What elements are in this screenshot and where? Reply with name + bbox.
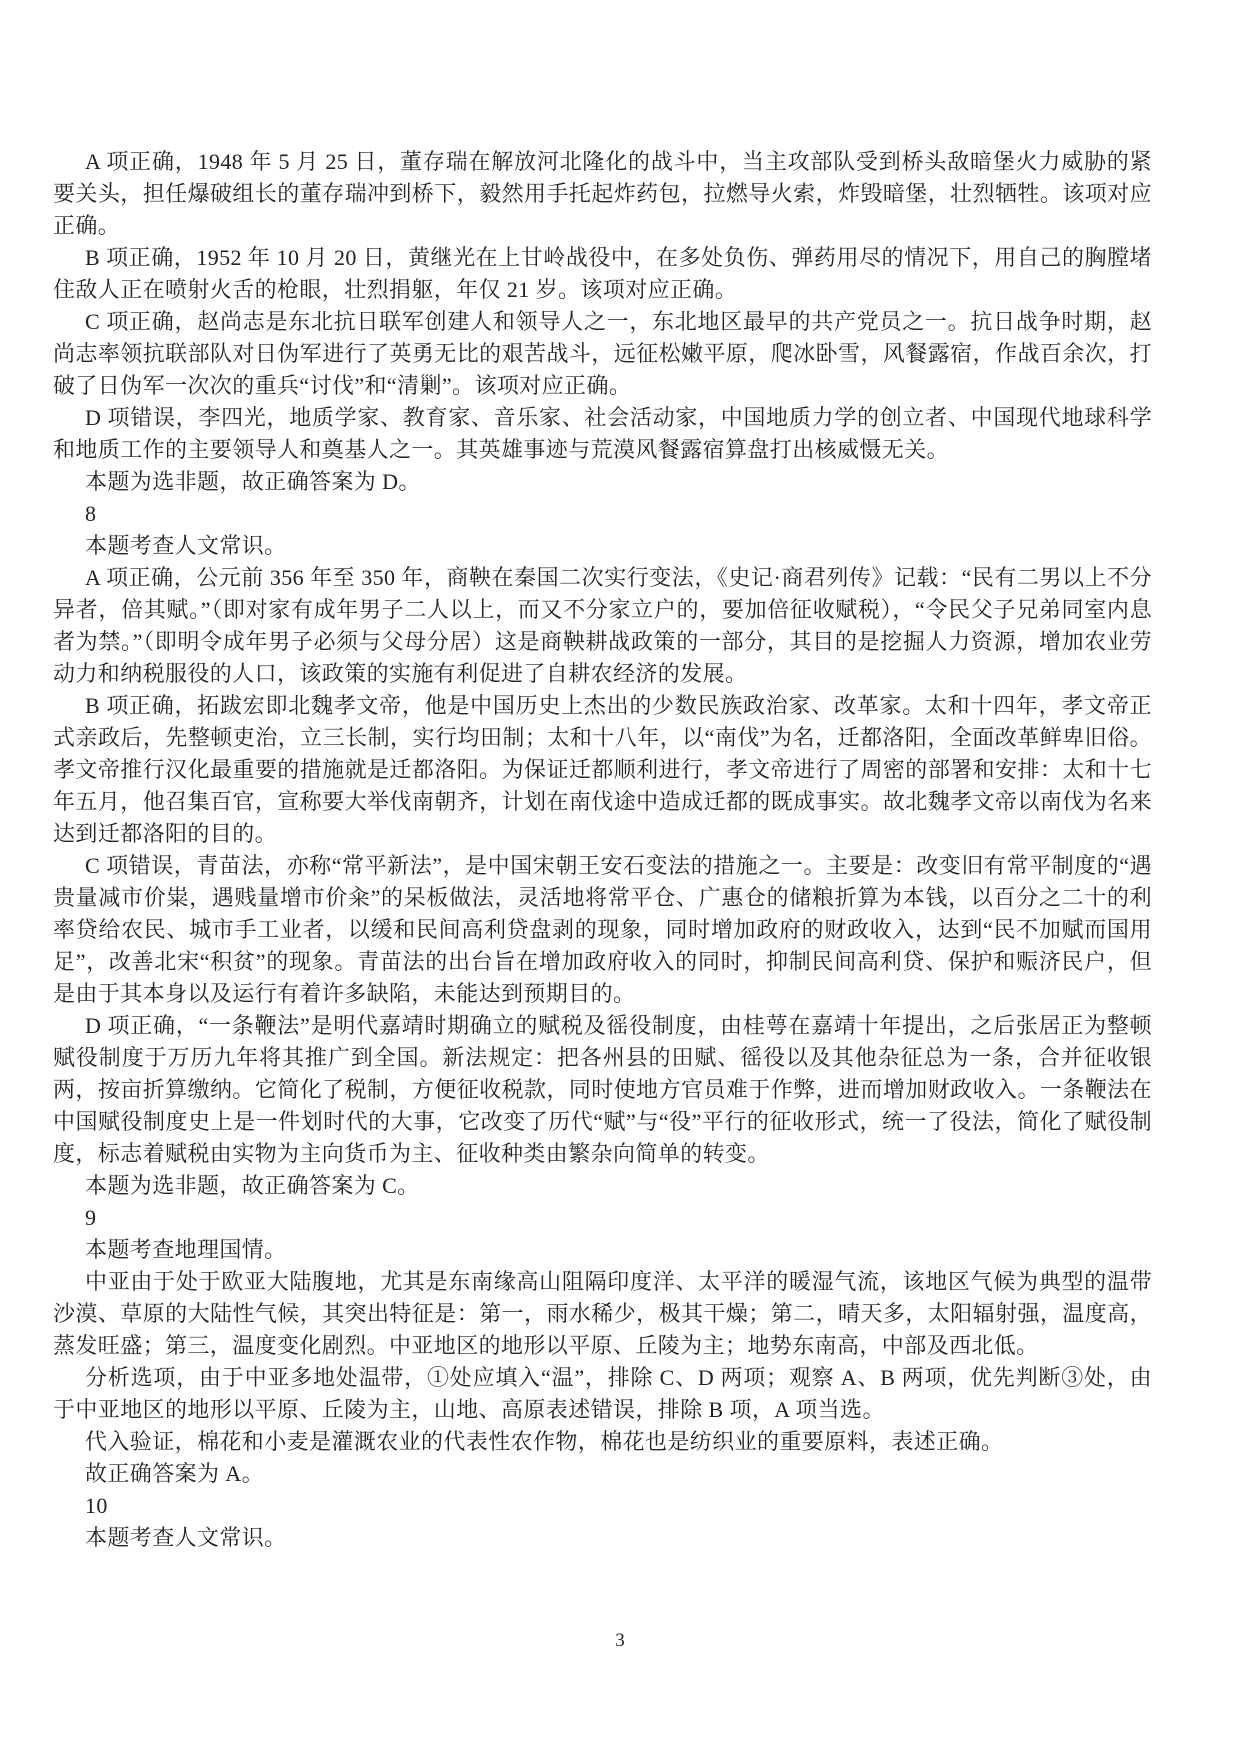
topic-statement: 本题考查人文常识。 bbox=[53, 530, 1152, 562]
question-number: 10 bbox=[53, 1490, 1152, 1522]
document-body: A 项正确，1948 年 5 月 25 日，董存瑞在解放河北隆化的战斗中，当主攻… bbox=[53, 146, 1152, 1554]
page-number: 3 bbox=[0, 1630, 1240, 1652]
analysis-paragraph: 中亚由于处于欧亚大陆腹地，尤其是东南缘高山阻隔印度洋、太平洋的暖湿气流，该地区气… bbox=[53, 1266, 1152, 1362]
option-b-analysis: B 项正确，拓跋宏即北魏孝文帝，他是中国历史上杰出的少数民族政治家、改革家。太和… bbox=[53, 690, 1152, 850]
question-number: 9 bbox=[53, 1202, 1152, 1234]
topic-statement: 本题考查地理国情。 bbox=[53, 1234, 1152, 1266]
option-d-analysis: D 项正确，“一条鞭法”是明代嘉靖时期确立的赋税及徭役制度，由桂萼在嘉靖十年提出… bbox=[53, 1010, 1152, 1170]
option-d-analysis: D 项错误，李四光，地质学家、教育家、音乐家、社会活动家，中国地质力学的创立者、… bbox=[53, 402, 1152, 466]
answer-statement: 本题为选非题，故正确答案为 D。 bbox=[53, 466, 1152, 498]
analysis-paragraph: 代入验证，棉花和小麦是灌溉农业的代表性农作物，棉花也是纺织业的重要原料，表述正确… bbox=[53, 1426, 1152, 1458]
document-page: A 项正确，1948 年 5 月 25 日，董存瑞在解放河北隆化的战斗中，当主攻… bbox=[0, 0, 1240, 1754]
option-a-analysis: A 项正确，公元前 356 年至 350 年，商鞅在秦国二次实行变法，《史记·商… bbox=[53, 562, 1152, 690]
option-a-analysis: A 项正确，1948 年 5 月 25 日，董存瑞在解放河北隆化的战斗中，当主攻… bbox=[53, 146, 1152, 242]
answer-statement: 故正确答案为 A。 bbox=[53, 1458, 1152, 1490]
option-b-analysis: B 项正确，1952 年 10 月 20 日，黄继光在上甘岭战役中，在多处负伤、… bbox=[53, 242, 1152, 306]
question-number: 8 bbox=[53, 498, 1152, 530]
analysis-paragraph: 分析选项，由于中亚多地处温带，①处应填入“温”，排除 C、D 两项；观察 A、B… bbox=[53, 1362, 1152, 1426]
option-c-analysis: C 项错误，青苗法，亦称“常平新法”，是中国宋朝王安石变法的措施之一。主要是：改… bbox=[53, 850, 1152, 1010]
topic-statement: 本题考查人文常识。 bbox=[53, 1522, 1152, 1554]
answer-statement: 本题为选非题，故正确答案为 C。 bbox=[53, 1170, 1152, 1202]
option-c-analysis: C 项正确，赵尚志是东北抗日联军创建人和领导人之一，东北地区最早的共产党员之一。… bbox=[53, 306, 1152, 402]
